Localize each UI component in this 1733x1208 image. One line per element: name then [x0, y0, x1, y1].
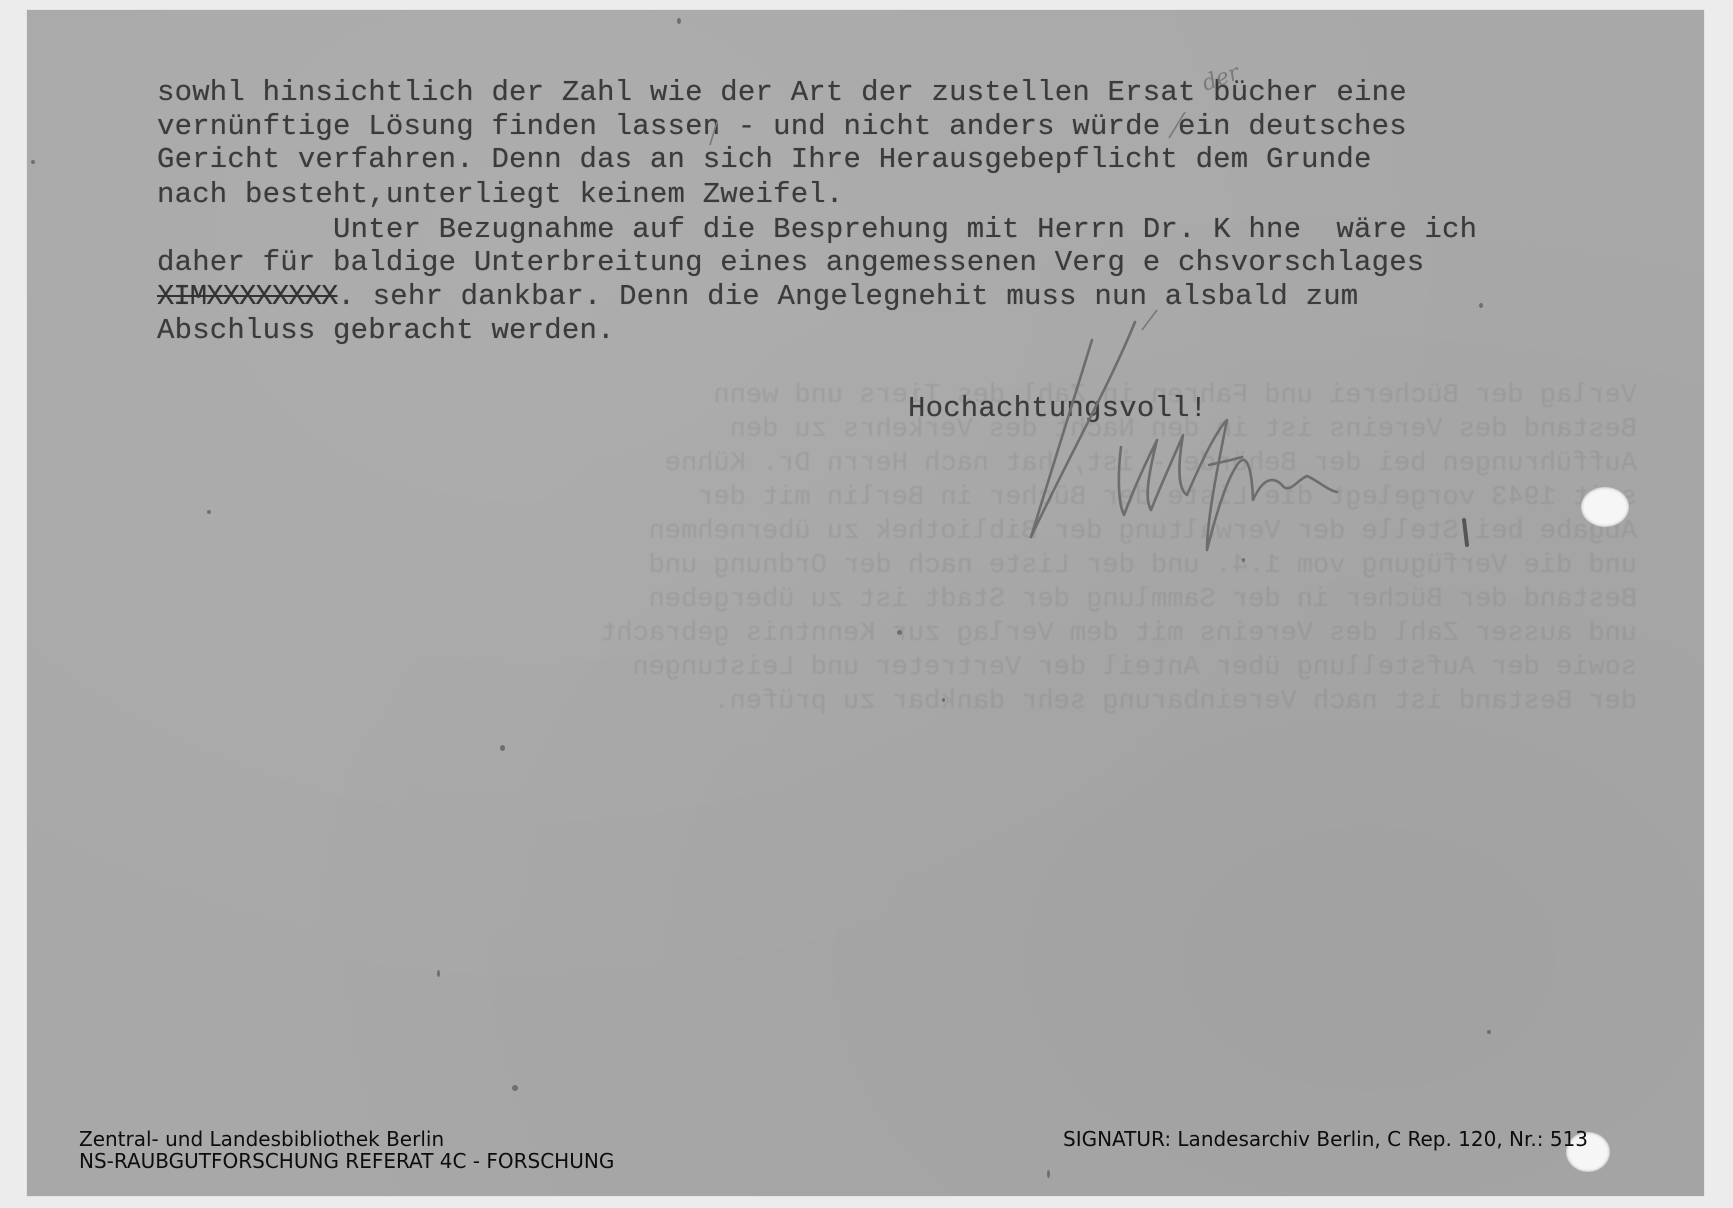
footer-signatur: SIGNATUR: Landesarchiv Berlin, C Rep. 12… [1063, 1128, 1588, 1150]
footer-institution: Zentral- und Landesbibliothek Berlin [79, 1128, 444, 1150]
footer-department: NS-RAUBGUTFORSCHUNG REFERAT 4C - FORSCHU… [79, 1150, 614, 1172]
document-page: Verlag der Bücherei und Fahren in Zahl d… [27, 10, 1704, 1196]
speck [1479, 303, 1483, 308]
speck [437, 970, 440, 977]
speck [1047, 1170, 1050, 1178]
speck [1242, 558, 1245, 562]
speck [512, 1085, 518, 1091]
speck [31, 160, 35, 164]
punch-hole-upper [1581, 487, 1629, 527]
signature [27, 10, 1704, 1196]
speck [677, 18, 681, 24]
speck [1487, 1030, 1491, 1034]
speck [897, 630, 902, 635]
speck [500, 745, 505, 751]
speck [207, 510, 211, 514]
speck [942, 698, 945, 702]
